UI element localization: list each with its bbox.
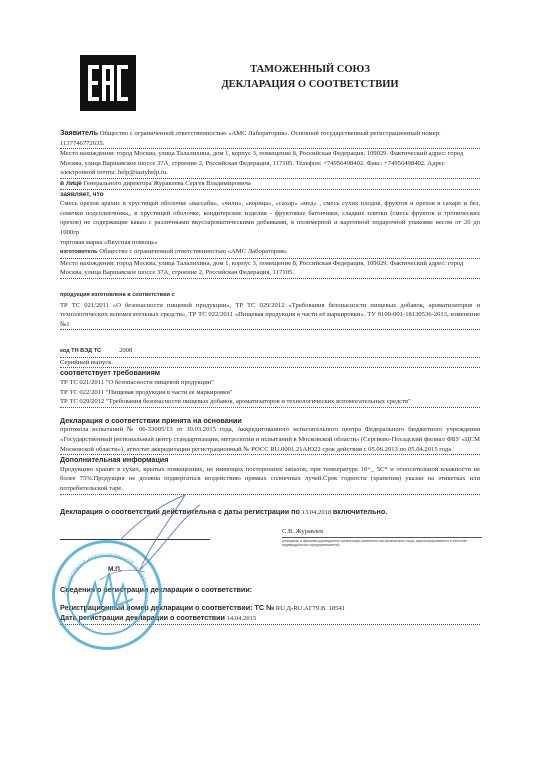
stamp-ring-text: Общество с ограниченной ответственностью	[63, 552, 150, 623]
tnved-value: 2008	[119, 346, 480, 356]
complies-item: ТР ТС 029/2012 "Требования безопасности …	[60, 397, 480, 408]
tnved-label: код ТН ВЭД ТС	[60, 347, 101, 357]
validity-row: Декларация о соответствии действительна …	[60, 507, 480, 518]
eac-mark-icon	[84, 59, 132, 107]
stamp-emblem-icon: Общество с ограниченной ответственностью	[55, 543, 159, 647]
trademark: торговая марка «Вкусная помощь»	[60, 238, 480, 248]
signer-caption: (инициалы и фамилия руководителя организ…	[282, 537, 482, 547]
manufacturer-address: Место нахождения: город Москва, улица Та…	[60, 259, 480, 279]
tnved-row: код ТН ВЭД ТС 2008	[60, 346, 480, 358]
signature-line	[60, 539, 210, 540]
applicant-person-row: в лице Генерального директора Журавлева …	[60, 179, 480, 190]
svg-text:Общество с ограниченной ответс: Общество с ограниченной ответственностью	[63, 552, 150, 623]
registration-number-value: RU Д-RU.АГ79.В. 18541	[276, 605, 345, 612]
applicant-row: Заявитель Общество с ограниченной ответс…	[60, 128, 480, 149]
complies-item: ТР ТС 022/2011 "Пищевая продукция в част…	[60, 388, 480, 398]
additional-label: Дополнительная информация	[60, 455, 480, 465]
basis-label: Декларация о соответствии принята на осн…	[60, 416, 480, 426]
product-description: Смесь орехов арахис в хрустящей оболочке…	[60, 199, 480, 237]
validity-label: Декларация о соответствии действительна …	[60, 507, 300, 516]
manufacturer-label: изготовитель	[60, 249, 98, 255]
made-according-text: ТР ТС 021/2011 «О безопасности пищевой п…	[60, 301, 480, 331]
person-label: в лице	[60, 180, 82, 187]
applicant-label: Заявитель	[60, 128, 98, 137]
company-stamp: Общество с ограниченной ответственностью	[52, 540, 162, 650]
eac-logo	[80, 55, 136, 111]
applicant-address: Место нахождения: город Москва, улица Та…	[60, 149, 480, 179]
validity-suffix: включительно.	[333, 507, 387, 516]
serial-release: Серийный выпуск.	[60, 358, 480, 369]
declaration-page: ТАМОЖЕННЫЙ СОЮЗ ДЕКЛАРАЦИЯ О СООТВЕТСТВИ…	[0, 0, 538, 768]
declares-label: заявляет, что	[60, 190, 480, 200]
complies-item: ТР ТС 021/2011 "О безопасности пищевой п…	[60, 378, 480, 388]
header-declaration-title: ДЕКЛАРАЦИЯ О СООТВЕТСТВИИ	[170, 77, 450, 92]
made-according-label: продукция изготовлена в соответствии с	[60, 291, 480, 301]
manufacturer-text: Общество с ограниченной ответственностью…	[99, 248, 287, 255]
basis-text: протокола испытаний № 06-33005/13 от 30.…	[60, 425, 480, 455]
additional-text: Продукцию хранят в сухих, крытых помещен…	[60, 465, 480, 495]
validity-date: 13.04.2018	[302, 509, 332, 516]
complies-label: соответствует требованиям	[60, 368, 480, 378]
document-header: ТАМОЖЕННЫЙ СОЮЗ ДЕКЛАРАЦИЯ О СООТВЕТСТВИ…	[170, 62, 450, 92]
person-text: Генерального директора Журавлева Сергея …	[84, 180, 251, 187]
applicant-text: Общество с ограниченной ответственностью…	[60, 130, 441, 147]
manufacturer-row: изготовитель Общество с ограниченной отв…	[60, 247, 480, 259]
header-union-title: ТАМОЖЕННЫЙ СОЮЗ	[170, 62, 450, 77]
signer-name: С.В. Журавлев	[282, 527, 323, 537]
registration-date-value: 14.04.2015	[227, 615, 257, 622]
